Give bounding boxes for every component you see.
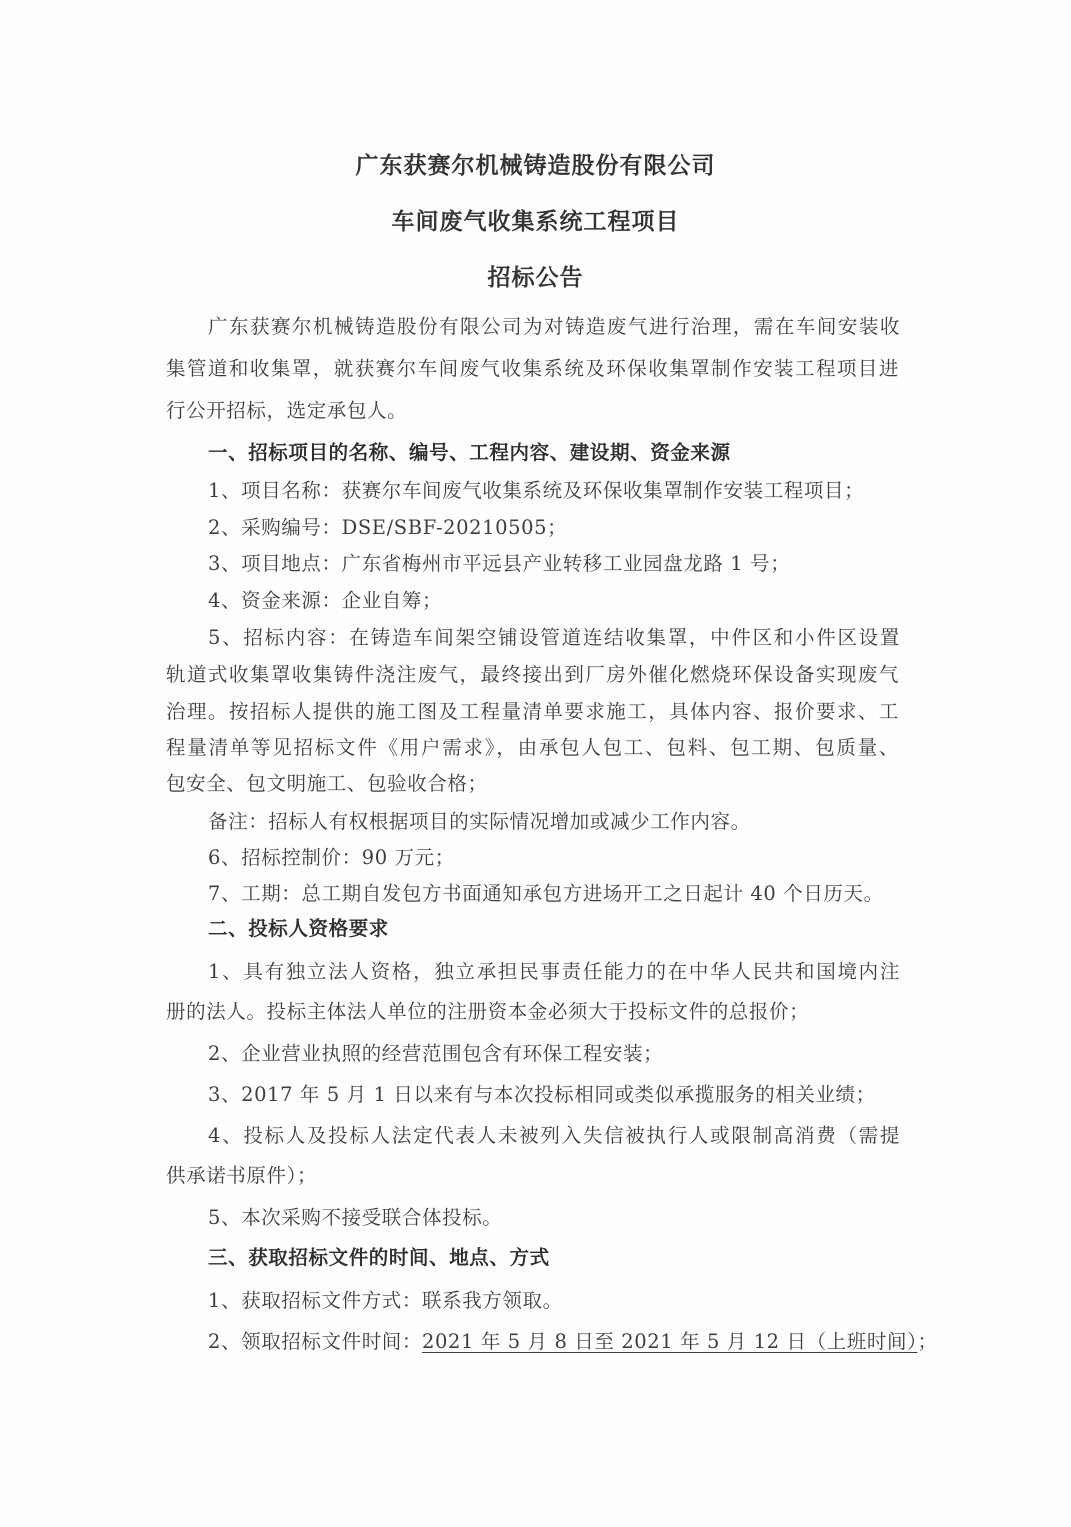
section1-item1: 1、项目名称：获赛尔车间废气收集系统及环保收集罩制作安装工程项目； bbox=[208, 479, 864, 503]
section1-item2: 2、采购编号：DSE/SBF-20210505； bbox=[208, 516, 567, 540]
section1-item5-line4: 程量清单等见招标文件《用户需求》，由承包人包工、包料、包工期、包质量、 bbox=[166, 736, 899, 760]
section1-item5-line5: 包安全、包文明施工、包验收合格； bbox=[166, 772, 488, 796]
intro-line-2: 集管道和收集罩，就获赛尔车间废气收集系统及环保收集罩制作安装工程项目进 bbox=[166, 357, 899, 381]
section2-item5: 5、本次采购不接受联合体投标。 bbox=[208, 1206, 502, 1230]
section2-item4-line2: 供承诺书原件）； bbox=[166, 1164, 317, 1188]
section2-heading: 二、投标人资格要求 bbox=[208, 917, 389, 941]
section2-item3: 3、2017 年 5 月 1 日以来有与本次投标相同或类似承揽服务的相关业绩； bbox=[208, 1083, 876, 1107]
section1-item5-line3: 治理。按招标人提供的施工图及工程量清单要求施工，具体内容、报价要求、工 bbox=[166, 700, 899, 724]
section1-item7: 7、工期：总工期自发包方书面通知承包方进场开工之日起计 40 个日历天。 bbox=[208, 882, 884, 906]
title-notice: 招标公告 bbox=[0, 264, 1071, 292]
section1-item4: 4、资金来源：企业自筹； bbox=[208, 589, 442, 613]
section1-note: 备注：招标人有权根据项目的实际情况增加或减少工作内容。 bbox=[208, 810, 751, 834]
section1-heading: 一、招标项目的名称、编号、工程内容、建设期、资金来源 bbox=[208, 441, 731, 465]
section1-item5-line2: 轨道式收集罩收集铸件浇注废气，最终接出到厂房外催化燃烧环保设备实现废气 bbox=[166, 663, 899, 687]
intro-line-1: 广东获赛尔机械铸造股份有限公司为对铸造废气进行治理，需在车间安装收 bbox=[208, 315, 900, 339]
section1-item5-line1: 5、招标内容：在铸造车间架空铺设管道连结收集罩，中件区和小件区设置 bbox=[208, 626, 900, 650]
section2-item1-line1: 1、具有独立法人资格，独立承担民事责任能力的在中华人民共和国境内注 bbox=[208, 960, 900, 984]
section3-item2-prefix: 2、领取招标文件时间： bbox=[208, 1330, 422, 1353]
section3-item2: 2、领取招标文件时间：2021 年 5 月 8 日至 2021 年 5 月 12… bbox=[208, 1330, 938, 1354]
section3-heading: 三、获取招标文件的时间、地点、方式 bbox=[208, 1246, 550, 1270]
document-page: 广东获赛尔机械铸造股份有限公司 车间废气收集系统工程项目 招标公告 广东获赛尔机… bbox=[0, 0, 1071, 1527]
section2-item4-line1: 4、投标人及投标人法定代表人未被列入失信被执行人或限制高消费（需提 bbox=[208, 1124, 900, 1148]
title-project: 车间废气收集系统工程项目 bbox=[0, 208, 1071, 236]
section1-item3: 3、项目地点：广东省梅州市平远县产业转移工业园盘龙路 1 号； bbox=[208, 552, 790, 576]
section2-item1-line2: 册的法人。投标主体法人单位的注册资本金必须大于投标文件的总报价； bbox=[166, 1000, 809, 1024]
title-company: 广东获赛尔机械铸造股份有限公司 bbox=[0, 152, 1071, 180]
section3-item2-dates: 2021 年 5 月 8 日至 2021 年 5 月 12 日（上班时间） bbox=[422, 1330, 917, 1353]
section2-item2: 2、企业营业执照的经营范围包含有环保工程安装； bbox=[208, 1042, 663, 1066]
section1-item6: 6、招标控制价：90 万元； bbox=[208, 846, 455, 870]
section3-item2-suffix: ； bbox=[917, 1330, 937, 1353]
section3-item1: 1、获取招标文件方式：联系我方领取。 bbox=[208, 1289, 563, 1313]
intro-line-3: 行公开招标，选定承包人。 bbox=[166, 399, 407, 423]
